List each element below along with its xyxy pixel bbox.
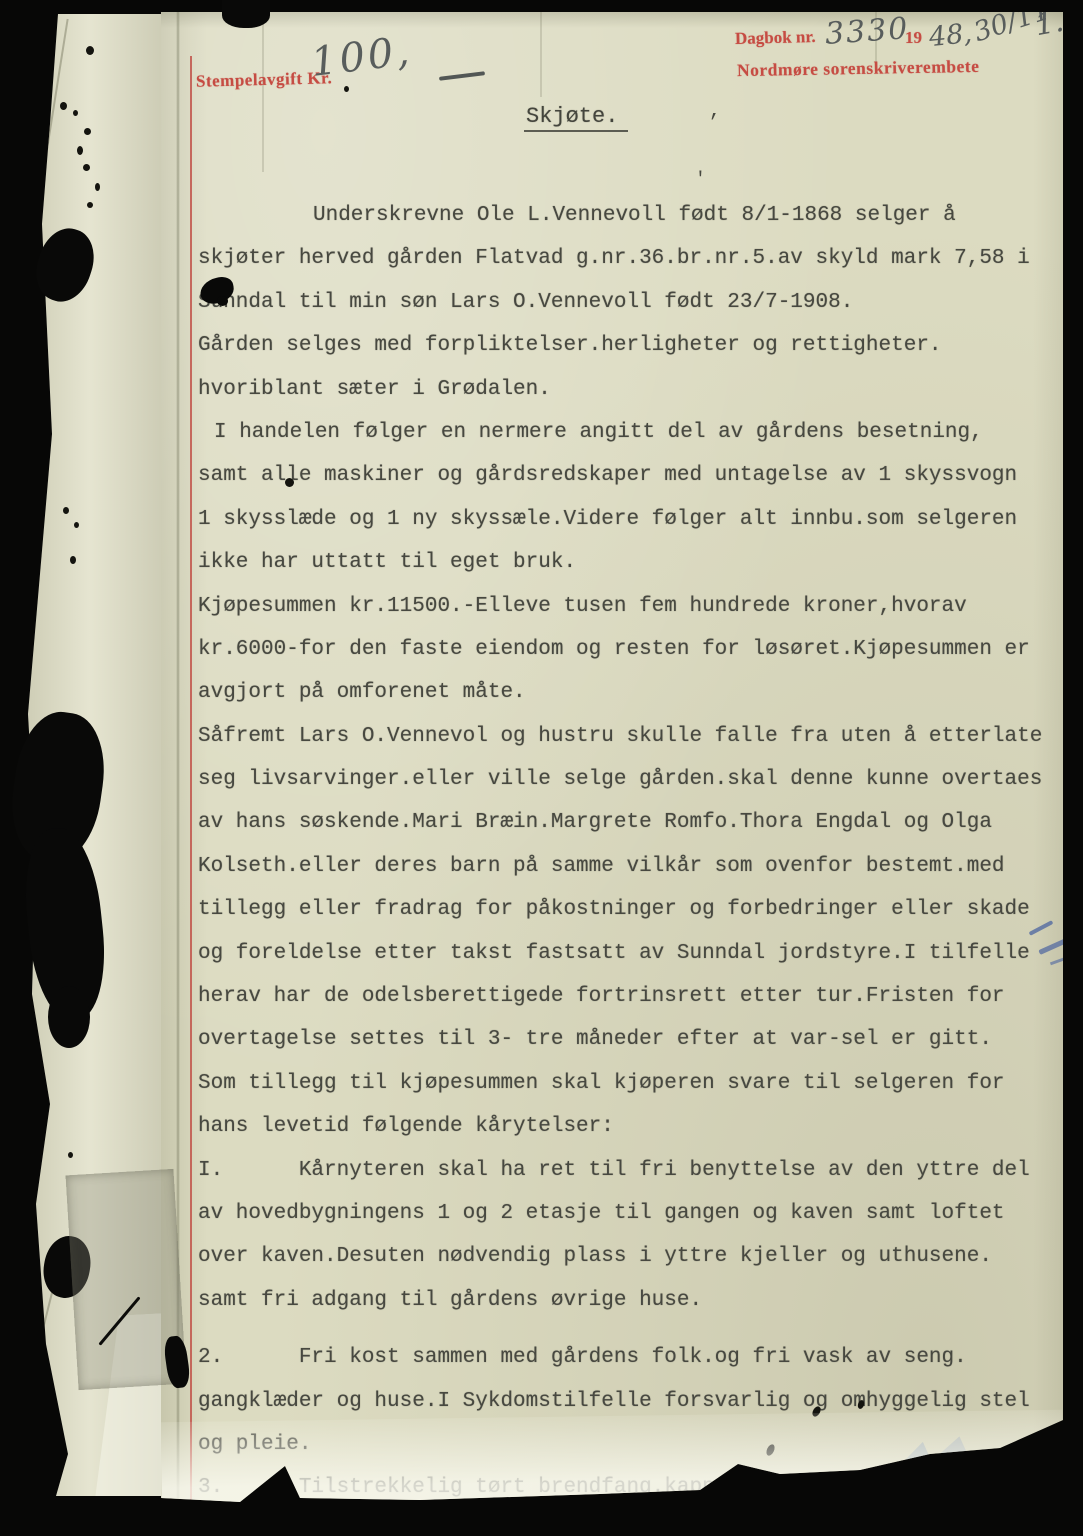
document-line: ikke har uttatt til eget bruk. bbox=[198, 541, 1058, 584]
deed-page: Stempelavgift Kr. 100, Dagbok nr. 3330 1… bbox=[161, 12, 1063, 1506]
dirt-speck bbox=[68, 1152, 73, 1158]
dirt-speck bbox=[74, 522, 79, 528]
paper-crease bbox=[262, 12, 264, 172]
torn-hole bbox=[48, 986, 90, 1048]
document-line: og foreldelse etter takst fastsatt av Su… bbox=[198, 932, 1058, 975]
document-line: samt alle maskiner og gårdsredskaper med… bbox=[198, 454, 1058, 497]
document-line: Kjøpesummen kr.11500.-Elleve tusen fem h… bbox=[198, 585, 1058, 628]
page-number-handwritten: 1. bbox=[1032, 4, 1066, 43]
dirt-speck bbox=[63, 507, 69, 514]
paper-crease bbox=[7, 1267, 60, 1471]
dirt-speck bbox=[73, 110, 78, 116]
handwritten-dash bbox=[439, 71, 485, 81]
document-line: tillegg eller fradrag for påkostninger o… bbox=[198, 888, 1058, 931]
document-line: hans levetid følgende kårytelser: bbox=[198, 1105, 1058, 1148]
dirt-speck bbox=[83, 164, 90, 171]
office-stamp: Nordmøre sorenskriverembete bbox=[737, 56, 980, 81]
stray-mark: ' bbox=[695, 170, 706, 190]
torn-edge-highlight bbox=[160, 1410, 1063, 1511]
document-line: Såfremt Lars O.Vennevol og hustru skulle… bbox=[198, 715, 1058, 758]
dagbok-number-handwritten: 3330 bbox=[824, 11, 911, 52]
document-scan: Stempelavgift Kr. 100, Dagbok nr. 3330 1… bbox=[0, 0, 1083, 1536]
paper-crease bbox=[540, 12, 542, 97]
red-margin-line bbox=[190, 56, 192, 1504]
typed-lines: Underskrevne Ole L.Vennevoll født 8/1-18… bbox=[198, 194, 1058, 1510]
dirt-speck bbox=[87, 202, 93, 208]
ink-dot bbox=[285, 478, 294, 487]
document-line: seg livsarvinger.eller ville selge gårde… bbox=[198, 758, 1058, 801]
document-line: avgjort på omforenet måte. bbox=[198, 671, 1058, 714]
dagbok-year-handwritten: 48, bbox=[927, 18, 973, 53]
ink-blot bbox=[217, 296, 228, 306]
dirt-speck bbox=[60, 102, 67, 110]
document-line: over kaven.Desuten nødvendig plass i ytt… bbox=[198, 1235, 1058, 1278]
dirt-speck bbox=[70, 556, 76, 564]
document-line: I handelen følger en nermere angitt del … bbox=[198, 411, 1058, 454]
document-line: Underskrevne Ole L.Vennevoll født 8/1-18… bbox=[198, 194, 1058, 237]
document-line: Som tillegg til kjøpesummen skal kjøpere… bbox=[198, 1062, 1058, 1105]
dirt-speck bbox=[84, 128, 91, 135]
document-line: skjøter herved gården Flatvad g.nr.36.br… bbox=[198, 237, 1058, 280]
document-line: hvoriblant sæter i Grødalen. bbox=[198, 368, 1058, 411]
scanner-background: { "stamps": { "stempelavgift_label": "St… bbox=[0, 0, 1083, 1536]
document-line: 2. Fri kost sammen med gårdens folk.og f… bbox=[198, 1336, 1058, 1379]
dirt-speck bbox=[77, 146, 83, 155]
document-line: samt fri adgang til gårdens øvrige huse. bbox=[198, 1279, 1058, 1322]
document-line: 1 skysslæde og 1 ny skyssæle.Videre følg… bbox=[198, 498, 1058, 541]
document-line: herav har de odelsberettigede fortrinsre… bbox=[198, 975, 1058, 1018]
document-line: kr.6000-for den faste eiendom og resten … bbox=[198, 628, 1058, 671]
document-title: Skjøte. bbox=[524, 104, 628, 132]
dirt-speck bbox=[95, 183, 100, 191]
dagbok-stamp: Dagbok nr. bbox=[735, 27, 816, 49]
dirt-speck bbox=[344, 86, 349, 92]
dagbok-year-printed: 19 bbox=[905, 28, 922, 48]
dirt-speck bbox=[86, 46, 94, 55]
paper-crease bbox=[41, 19, 68, 179]
document-line: Kolseth.eller deres barn på samme vilkår… bbox=[198, 845, 1058, 888]
document-line: av hovedbygningens 1 og 2 etasje til gan… bbox=[198, 1192, 1058, 1235]
top-edge-tear bbox=[222, 0, 270, 28]
document-line: Sunndal til min søn Lars O.Vennevoll fød… bbox=[198, 281, 1058, 324]
stempelavgift-amount-handwritten: 100, bbox=[309, 28, 415, 86]
stray-mark: , bbox=[709, 100, 721, 123]
document-line: overtagelse settes til 3- tre måneder ef… bbox=[198, 1018, 1058, 1061]
document-line: av hans søskende.Mari Bræin.Margrete Rom… bbox=[198, 801, 1058, 844]
document-line: I. Kårnyteren skal ha ret til fri benytt… bbox=[198, 1149, 1058, 1192]
document-line: Gården selges med forpliktelser.herlighe… bbox=[198, 324, 1058, 367]
